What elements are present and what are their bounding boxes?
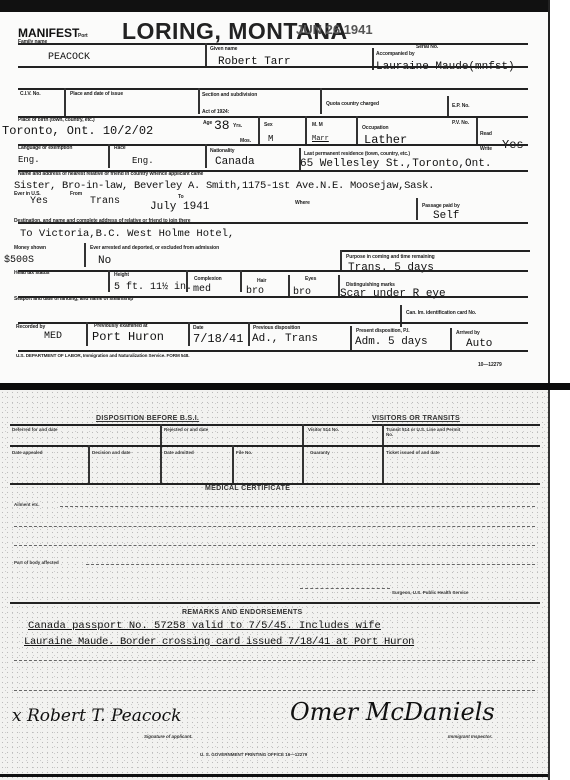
rejected-label: Rejected or and date	[164, 427, 208, 432]
money-label: Money shown	[14, 245, 46, 251]
money: $500S	[4, 255, 34, 266]
recorded: MED	[44, 331, 62, 342]
remarks-line-1: Canada passport No. 57258 valid to 7/5/4…	[28, 620, 381, 632]
prev-exam: Port Huron	[92, 330, 164, 344]
nationality: Canada	[215, 156, 255, 168]
from-label: From	[70, 191, 82, 197]
ticket-label: Ticket issued of and date	[386, 450, 440, 455]
nationality-label: Nationality	[210, 148, 234, 154]
scan-border	[0, 0, 548, 12]
last-residence-label: Last permanent residence (town, country,…	[304, 151, 410, 157]
date-label: Date	[193, 325, 203, 331]
part-body-label: Part of body affected	[14, 560, 59, 565]
remarks-title: REMARKS AND ENDORSEMENTS	[182, 609, 303, 616]
age: 38	[214, 118, 230, 133]
disposition-title: DISPOSITION BEFORE B.S.I.	[96, 415, 199, 422]
id-card-label: Can. Im. identification card No.	[406, 310, 476, 316]
ep-label: E.P. No.	[452, 103, 469, 109]
visitors-title: VISITORS OR TRANSITS	[372, 415, 460, 422]
medical-title: MEDICAL CERTIFICATE	[205, 485, 290, 492]
to-value: July 1941	[150, 201, 209, 213]
applicant-signature-label: Signature of applicant.	[144, 734, 193, 739]
from-value: Trans	[90, 196, 120, 207]
debarred-label: Ever arrested and deported, or excluded …	[90, 245, 219, 251]
last-residence: 65 Wellesley St.,Toronto,Ont.	[300, 158, 491, 170]
arrived-label: Arrived by	[456, 330, 480, 336]
pv-label: P.V. No.	[452, 120, 469, 126]
language-label: Language or exemption	[18, 145, 72, 151]
language: Eng.	[18, 155, 40, 165]
present-disp-label: Present disposition, P.I.	[356, 328, 410, 334]
date: 7/18/41	[193, 332, 243, 346]
transit-no-label: Transit 514 or U.S. Line and Permit No.	[386, 427, 466, 437]
date-admitted-label: Date admitted	[164, 450, 194, 455]
occupation-label: Occupation	[362, 125, 389, 131]
sex: M	[268, 134, 273, 144]
present-disp: Adm. 5 days	[355, 336, 428, 348]
head-tax-label: Head tax status	[14, 270, 49, 276]
port-label: Port	[78, 33, 88, 39]
complexion: med	[193, 284, 211, 295]
manifest-card-back: DISPOSITION BEFORE B.S.I. VISITORS OR TR…	[0, 390, 550, 780]
eyes-label: Eyes	[305, 276, 316, 282]
back-footer: U. S. GOVERNMENT PRINTING OFFICE 16—1227…	[200, 752, 307, 757]
race: Eng.	[132, 156, 154, 166]
debarred: No	[98, 255, 111, 267]
scan-gap	[0, 383, 570, 390]
applicant-signature: x Robert T. Peacock	[12, 706, 181, 726]
given-name-label: Given name	[210, 46, 237, 52]
place-date-issue-label: Place and date of issue	[70, 91, 123, 97]
hair-label: Hair	[257, 278, 266, 284]
manifest-label: MANIFEST	[18, 26, 79, 40]
where-label: Where	[295, 200, 310, 206]
ailment-label: Ailment etc.	[14, 502, 40, 507]
recorded-label: Recorded by	[16, 324, 45, 330]
prev-disp: Ad., Trans	[252, 333, 318, 345]
passage-label: Passage paid by	[422, 203, 460, 209]
family-name: PEACOCK	[48, 52, 90, 63]
birth-label: Place of birth (town, country, etc.)	[18, 117, 95, 123]
write-label: Write	[480, 146, 492, 152]
marks: Scar under R eye	[340, 288, 446, 300]
marital-label: M. M	[312, 122, 323, 128]
sex-label: Sex	[264, 122, 273, 128]
file-no-label: File No.	[236, 450, 252, 455]
ever-in-us: Yes	[30, 196, 48, 207]
act-label: Act of 1924:	[202, 109, 229, 115]
accompanied-by-label: Accompanied by	[376, 51, 415, 57]
quota-label: Quota country charged	[326, 101, 379, 107]
race-label: Race	[114, 145, 126, 151]
height-label: Height	[114, 272, 129, 278]
guaranty-label: Guaranty	[310, 450, 330, 455]
purpose-label: Purpose in coming and time remaining	[346, 254, 435, 260]
form-footer: U.S. DEPARTMENT OF LABOR, Immigration an…	[16, 353, 189, 358]
surgeon-label: Surgeon, U.S. Public Health Service	[392, 590, 469, 595]
prev-exam-label: Previously examined at	[94, 323, 147, 329]
arrived: Auto	[466, 338, 492, 350]
destination-label: Destination, and name and complete addre…	[14, 218, 190, 224]
prev-disp-label: Previous disposition	[253, 325, 300, 331]
date-stamp: JUN 26 1941	[296, 22, 373, 37]
relative-label: Name and address of nearest relative or …	[18, 171, 203, 177]
deferred-label: Deferred for and date	[12, 427, 58, 432]
passage: Self	[433, 210, 459, 222]
visitor-no-label: Visitor 514 No.	[308, 427, 339, 432]
marital: Marr	[312, 135, 329, 143]
to-label: To	[178, 194, 184, 200]
form-code: 10—12279	[478, 362, 502, 368]
decision-label: Decision and date	[92, 450, 131, 455]
birth: Toronto, Ont. 10/2/02	[2, 124, 153, 138]
read-label: Read	[480, 131, 492, 137]
section-label: Section and subdivision	[202, 92, 257, 98]
inspector-label: Immigrant Inspector.	[448, 734, 492, 739]
purpose: Trans. 5 days	[348, 262, 434, 274]
family-name-label: Family name	[18, 39, 47, 45]
serial-no-label: Serial No.	[416, 44, 438, 50]
complexion-label: Complexion	[194, 276, 222, 282]
destination: To Victoria,B.C. West Holme Hotel,	[20, 228, 234, 240]
yrs-label: Yrs.	[233, 123, 242, 129]
age-label: Age	[203, 120, 212, 126]
height: 5 ft. 11½ in.	[114, 282, 192, 293]
civ-label: C.I.V. No.	[20, 91, 41, 97]
date-appealed-label: Date appealed	[12, 450, 43, 455]
inspector-signature: Omer McDaniels	[290, 698, 495, 726]
remarks-line-2: Lauraine Maude. Border crossing card iss…	[24, 636, 414, 648]
manifest-card-front: MANIFEST Port LORING, MONTANA JUN 26 194…	[0, 0, 550, 383]
